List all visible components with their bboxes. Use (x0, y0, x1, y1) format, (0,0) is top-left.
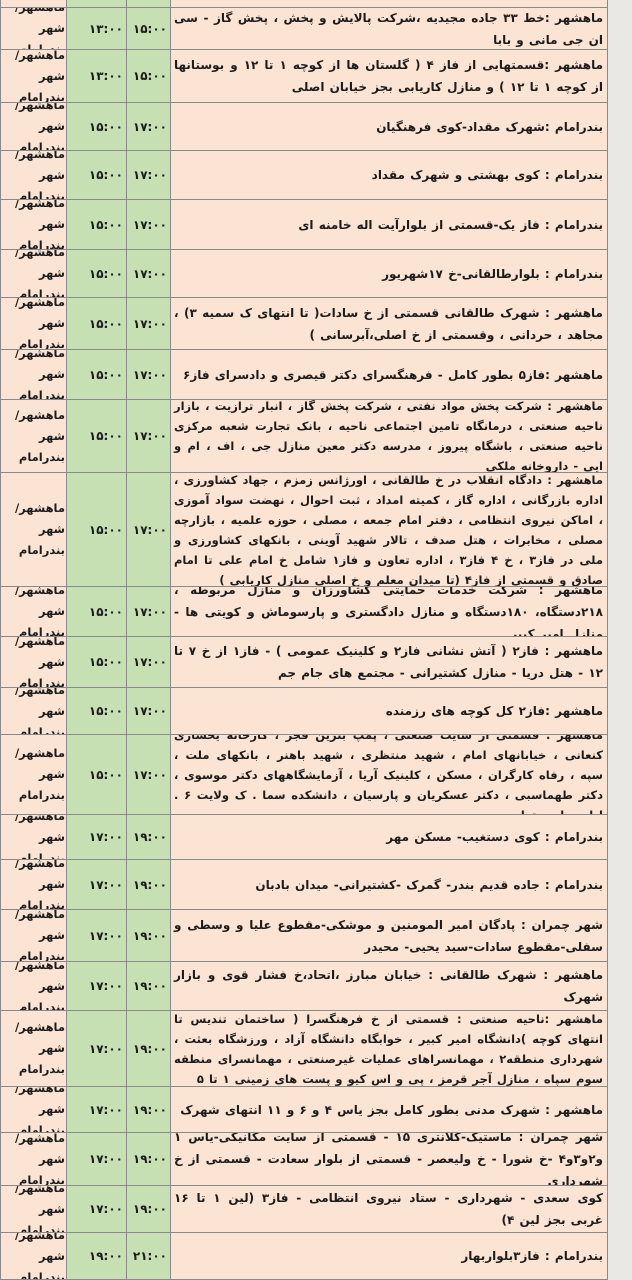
end-time-cell: ۱۷:۰۰ (126, 200, 170, 249)
city-cell: ماهشهر/شهر بندرامام (0, 473, 66, 586)
area-text: بندرامام : بلوارطالقانی-خ ۱۷شهریور (171, 262, 607, 286)
start-time-cell: ۱۵:۰۰ (66, 735, 126, 814)
city-cell: ماهشهر/شهر بندرامام (0, 1186, 66, 1232)
end-time-text: ۱۹:۰۰ (127, 830, 170, 844)
city-cell: ماهشهر/شهر بندرامام (0, 910, 66, 961)
start-time-cell: ۱۵:۰۰ (66, 350, 126, 399)
end-time-cell: ۲۱:۰۰ (126, 1233, 170, 1279)
city-text: ماهشهر/شهر بندرامام (1, 50, 66, 102)
end-time-text: ۱۷:۰۰ (127, 218, 170, 232)
area-text: بندرامام :شهرک مقداد-کوی فرهنگیان (171, 115, 607, 139)
area-text: ماهشهر : فاز۲ ( آتش نشانی فاز۲ و کلینیک … (171, 639, 607, 685)
city-cell: ماهشهر/شهر بندرامام (0, 8, 66, 49)
start-time-cell: ۱۹:۰۰ (66, 1233, 126, 1279)
end-time-text: ۱۷:۰۰ (127, 704, 170, 718)
end-time-text: ۱۷:۰۰ (127, 120, 170, 134)
table-row: ماهشهر :قسمتهایی از فاز ۴ ( گلستان ها از… (0, 50, 607, 103)
city-cell: ماهشهر/شهر بندرامام (0, 400, 66, 472)
city-cell: ماهشهر/شهر بندرامام (0, 1087, 66, 1132)
area-text: ماهشهر :فاز۵ بطور کامل - فرهنگسرای دکتر … (171, 363, 607, 387)
start-time-cell (66, 0, 126, 7)
table-row: ماهشهر :خط ۳۳ جاده مجیدیه ،شرکت پالایش و… (0, 8, 607, 50)
start-time-cell: ۱۷:۰۰ (66, 1133, 126, 1185)
end-time-text: ۱۵:۰۰ (127, 22, 170, 36)
end-time-cell: ۱۹:۰۰ (126, 1186, 170, 1232)
area-cell: ماهشهر : فاز۲ ( آتش نشانی فاز۲ و کلینیک … (170, 637, 607, 687)
area-cell: ماهشهر :ناحیه صنعتی : قسمتی از خ فرهنگسر… (170, 1011, 607, 1086)
end-time-cell: ۱۷:۰۰ (126, 298, 170, 349)
start-time-cell: ۱۷:۰۰ (66, 1087, 126, 1132)
area-cell: ماهشهر : شهرک طالقانی : خیابان مبارز ،ات… (170, 962, 607, 1010)
end-time-text: ۱۹:۰۰ (127, 1042, 170, 1056)
city-text: ماهشهر/شهر بندرامام (1, 743, 66, 806)
start-time-cell: ۱۷:۰۰ (66, 910, 126, 961)
start-time-text: ۱۵:۰۰ (67, 704, 126, 718)
start-time-text: ۱۵:۰۰ (67, 429, 126, 443)
city-text: ماهشهر/شهر بندرامام (1, 1017, 66, 1080)
area-cell: بندرامام : کوی دستغیب- مسکن مهر (170, 815, 607, 859)
start-time-text: ۱۵:۰۰ (67, 120, 126, 134)
start-time-text: ۱۵:۰۰ (67, 267, 126, 281)
area-cell: بندرامام : فاز یک-قسمتی از بلوارآیت اله … (170, 200, 607, 249)
area-text: بندرامام : جاده قدیم بندر- گمرک -کشتیران… (171, 873, 607, 897)
city-text: ماهشهر/شهر بندرامام (1, 498, 66, 561)
city-cell: ماهشهر/شهر بندرامام (0, 637, 66, 687)
city-cell: ماهشهر/شهر بندرامام (0, 815, 66, 859)
city-text: ماهشهر/شهر بندرامام (1, 8, 66, 49)
table-row: ماهشهر : دادگاه انقلاب در خ طالقانی ، او… (0, 473, 607, 587)
city-text: ماهشهر/شهر بندرامام (1, 587, 66, 636)
area-cell: شهر چمران : پادگان امیر المومنین و موشکی… (170, 910, 607, 961)
city-text: ماهشهر/شهر بندرامام (1, 688, 66, 734)
city-text: ماهشهر/شهر بندرامام (1, 1186, 66, 1232)
start-time-text: ۱۵:۰۰ (67, 168, 126, 182)
end-time-cell: ۱۵:۰۰ (126, 8, 170, 49)
end-time-text: ۱۷:۰۰ (127, 168, 170, 182)
start-time-text: ۱۷:۰۰ (67, 830, 126, 844)
end-time-cell: ۱۹:۰۰ (126, 1087, 170, 1132)
end-time-cell: ۱۵:۰۰ (126, 50, 170, 102)
city-cell: ماهشهر/شهر بندرامام (0, 688, 66, 734)
end-time-cell: ۱۹:۰۰ (126, 910, 170, 961)
start-time-text: ۱۷:۰۰ (67, 878, 126, 892)
area-text: بندرامام : فاز۳بلواربهار (171, 1244, 607, 1268)
city-text: ماهشهر/شهر بندرامام (1, 1233, 66, 1279)
table-row: ماهشهر : فاز۲ ( آتش نشانی فاز۲ و کلینیک … (0, 637, 607, 688)
city-cell: ماهشهر/شهر بندرامام (0, 587, 66, 636)
end-time-cell: ۱۷:۰۰ (126, 350, 170, 399)
area-cell: شهر چمران : ماستیک-کلانتری ۱۵ - قسمتی از… (170, 1133, 607, 1185)
start-time-cell: ۱۵:۰۰ (66, 400, 126, 472)
end-time-cell: ۱۷:۰۰ (126, 688, 170, 734)
end-time-text: ۱۷:۰۰ (127, 523, 170, 537)
city-text: ماهشهر/شهر بندرامام (1, 860, 66, 909)
table-row: ماهشهر : شهرک طالقانی قسمتی از خ سادات( … (0, 298, 607, 350)
end-time-cell: ۱۹:۰۰ (126, 860, 170, 909)
area-cell: ماهشهر :فاز۵ بطور کامل - فرهنگسرای دکتر … (170, 350, 607, 399)
end-time-text: ۱۷:۰۰ (127, 768, 170, 782)
area-cell (170, 0, 607, 7)
city-text: ماهشهر/شهر بندرامام (1, 103, 66, 150)
start-time-cell: ۱۷:۰۰ (66, 1011, 126, 1086)
start-time-text: ۱۵:۰۰ (67, 317, 126, 331)
start-time-cell: ۱۵:۰۰ (66, 688, 126, 734)
table-row: بندرامام : جاده قدیم بندر- گمرک -کشتیران… (0, 860, 607, 910)
table-row: شهر چمران : ماستیک-کلانتری ۱۵ - قسمتی از… (0, 1133, 607, 1186)
end-time-text: ۱۷:۰۰ (127, 605, 170, 619)
end-time-cell: ۱۹:۰۰ (126, 1011, 170, 1086)
start-time-cell: ۱۷:۰۰ (66, 860, 126, 909)
city-text: ماهشهر/شهر بندرامام (1, 815, 66, 859)
area-text: ماهشهر :قسمتهایی از فاز ۴ ( گلستان ها از… (171, 53, 607, 99)
end-time-cell: ۱۷:۰۰ (126, 735, 170, 814)
end-time-cell: ۱۹:۰۰ (126, 1133, 170, 1185)
area-cell: بندرامام :شهرک مقداد-کوی فرهنگیان (170, 103, 607, 150)
start-time-text: ۱۳:۰۰ (67, 22, 126, 36)
area-text: شهر چمران : پادگان امیر المومنین و موشکی… (171, 913, 607, 959)
city-cell: ماهشهر/شهر بندرامام (0, 860, 66, 909)
end-time-text: ۱۷:۰۰ (127, 429, 170, 443)
start-time-text: ۱۳:۰۰ (67, 69, 126, 83)
start-time-cell: ۱۵:۰۰ (66, 473, 126, 586)
city-text: ماهشهر/شهر بندرامام (1, 298, 66, 349)
start-time-cell: ۱۵:۰۰ (66, 250, 126, 297)
end-time-text: ۱۵:۰۰ (127, 69, 170, 83)
table-row: بندرامام : فاز یک-قسمتی از بلوارآیت اله … (0, 200, 607, 250)
table-row: بندرامام : فاز۳بلواربهار ۲۱:۰۰ ۱۹:۰۰ ماه… (0, 1233, 607, 1280)
city-text: ماهشهر/شهر بندرامام (1, 1133, 66, 1185)
end-time-text: ۱۹:۰۰ (127, 1202, 170, 1216)
city-text: ماهشهر/شهر بندرامام (1, 405, 66, 468)
end-time-cell: ۱۷:۰۰ (126, 103, 170, 150)
city-cell: ماهشهر/شهر بندرامام (0, 1233, 66, 1279)
start-time-text: ۱۵:۰۰ (67, 768, 126, 782)
area-cell: ماهشهر : شهرک طالقانی قسمتی از خ سادات( … (170, 298, 607, 349)
table-row: بندرامام : کوی دستغیب- مسکن مهر ۱۹:۰۰ ۱۷… (0, 815, 607, 860)
start-time-text: ۱۵:۰۰ (67, 218, 126, 232)
end-time-cell: ۱۹:۰۰ (126, 815, 170, 859)
end-time-text: ۱۹:۰۰ (127, 1152, 170, 1166)
end-time-text: ۱۹:۰۰ (127, 1103, 170, 1117)
city-cell: ماهشهر/شهر بندرامام (0, 151, 66, 199)
start-time-cell: ۱۵:۰۰ (66, 103, 126, 150)
start-time-cell: ۱۵:۰۰ (66, 637, 126, 687)
table-row: ماهشهر :فاز۲ کل کوچه های رزمنده ۱۷:۰۰ ۱۵… (0, 688, 607, 735)
table-row: ماهشهر : قسمتی از سایت صنعتی ، پمپ بنزین… (0, 735, 607, 815)
table-row: ماهشهر :فاز۵ بطور کامل - فرهنگسرای دکتر … (0, 350, 607, 400)
city-cell: ماهشهر/شهر بندرامام (0, 298, 66, 349)
area-text: ماهشهر :فاز۲ کل کوچه های رزمنده (171, 699, 607, 723)
area-text: ماهشهر :خط ۳۳ جاده مجیدیه ،شرکت پالایش و… (171, 8, 607, 49)
start-time-text: ۱۵:۰۰ (67, 655, 126, 669)
end-time-text: ۲۱:۰۰ (127, 1249, 170, 1263)
end-time-cell: ۱۷:۰۰ (126, 587, 170, 636)
end-time-text: ۱۹:۰۰ (127, 929, 170, 943)
area-text: ماهشهر : شهرک طالقانی : خیابان مبارز ،ات… (171, 963, 607, 1009)
area-cell: بندرامام : بلوارطالقانی-خ ۱۷شهریور (170, 250, 607, 297)
table-row: ماهشهر :ناحیه صنعتی : قسمتی از خ فرهنگسر… (0, 1011, 607, 1087)
start-time-text: ۱۷:۰۰ (67, 1152, 126, 1166)
table-row: ماهشهر : شرکت خدمات حمایتی کشاورزان و من… (0, 587, 607, 637)
start-time-cell: ۱۳:۰۰ (66, 50, 126, 102)
table-row: بندرامام :شهرک مقداد-کوی فرهنگیان ۱۷:۰۰ … (0, 103, 607, 151)
start-time-text: ۱۷:۰۰ (67, 979, 126, 993)
area-cell: ماهشهر :فاز۲ کل کوچه های رزمنده (170, 688, 607, 734)
area-text: ماهشهر : شهرک طالقانی قسمتی از خ سادات( … (171, 301, 607, 347)
start-time-text: ۱۹:۰۰ (67, 1249, 126, 1263)
table-row: ماهشهر : شهرک مدنی بطور کامل بجز یاس ۴ و… (0, 1087, 607, 1133)
end-time-cell: ۱۷:۰۰ (126, 473, 170, 586)
city-cell: ماهشهر/شهر بندرامام (0, 735, 66, 814)
area-text: کوی سعدی - شهرداری - ستاد نیروی انتظامی … (171, 1186, 607, 1232)
outage-schedule-table: ماهشهر :خط ۳۳ جاده مجیدیه ،شرکت پالایش و… (0, 0, 608, 1280)
area-cell: ماهشهر : شرکت پخش مواد نفتی ، شرکت پخش گ… (170, 400, 607, 472)
city-cell: ماهشهر/شهر بندرامام (0, 962, 66, 1010)
start-time-text: ۱۵:۰۰ (67, 368, 126, 382)
partial-row-top (0, 0, 607, 8)
area-cell: بندرامام : فاز۳بلواربهار (170, 1233, 607, 1279)
table-row: ماهشهر : شرکت پخش مواد نفتی ، شرکت پخش گ… (0, 400, 607, 473)
end-time-text: ۱۷:۰۰ (127, 267, 170, 281)
start-time-cell: ۱۵:۰۰ (66, 151, 126, 199)
city-text: ماهشهر/شهر بندرامام (1, 962, 66, 1010)
city-cell: ماهشهر/شهر بندرامام (0, 250, 66, 297)
start-time-cell: ۱۷:۰۰ (66, 815, 126, 859)
area-text: بندرامام : فاز یک-قسمتی از بلوارآیت اله … (171, 213, 607, 237)
city-text: ماهشهر/شهر بندرامام (1, 910, 66, 961)
end-time-cell: ۱۷:۰۰ (126, 250, 170, 297)
start-time-cell: ۱۳:۰۰ (66, 8, 126, 49)
area-text: ماهشهر : قسمتی از سایت صنعتی ، پمپ بنزین… (171, 735, 607, 814)
end-time-cell: ۱۷:۰۰ (126, 637, 170, 687)
end-time-text: ۱۹:۰۰ (127, 979, 170, 993)
area-cell: ماهشهر :خط ۳۳ جاده مجیدیه ،شرکت پالایش و… (170, 8, 607, 49)
table-row: کوی سعدی - شهرداری - ستاد نیروی انتظامی … (0, 1186, 607, 1233)
area-cell: بندرامام : کوی بهشتی و شهرک مقداد (170, 151, 607, 199)
area-cell: ماهشهر : شرکت خدمات حمایتی کشاورزان و من… (170, 587, 607, 636)
area-cell: بندرامام : جاده قدیم بندر- گمرک -کشتیران… (170, 860, 607, 909)
end-time-text: ۱۷:۰۰ (127, 368, 170, 382)
start-time-text: ۱۷:۰۰ (67, 1202, 126, 1216)
city-cell: ماهشهر/شهر بندرامام (0, 1011, 66, 1086)
city-cell: ماهشهر/شهر بندرامام (0, 350, 66, 399)
city-text: ماهشهر/شهر بندرامام (1, 250, 66, 297)
table-row: بندرامام : کوی بهشتی و شهرک مقداد ۱۷:۰۰ … (0, 151, 607, 200)
table-row: ماهشهر : شهرک طالقانی : خیابان مبارز ،ات… (0, 962, 607, 1011)
city-text: ماهشهر/شهر بندرامام (1, 1087, 66, 1132)
area-text: ماهشهر : شرکت پخش مواد نفتی ، شرکت پخش گ… (171, 400, 607, 472)
end-time-cell: ۱۷:۰۰ (126, 400, 170, 472)
city-text: ماهشهر/شهر بندرامام (1, 637, 66, 687)
area-cell: ماهشهر :قسمتهایی از فاز ۴ ( گلستان ها از… (170, 50, 607, 102)
area-text: ماهشهر : شرکت خدمات حمایتی کشاورزان و من… (171, 587, 607, 636)
area-text: ماهشهر : دادگاه انقلاب در خ طالقانی ، او… (171, 473, 607, 586)
table-row: شهر چمران : پادگان امیر المومنین و موشکی… (0, 910, 607, 962)
area-cell: کوی سعدی - شهرداری - ستاد نیروی انتظامی … (170, 1186, 607, 1232)
right-gutter (608, 0, 632, 1280)
area-text: ماهشهر : شهرک مدنی بطور کامل بجز یاس ۴ و… (171, 1098, 607, 1122)
area-cell: ماهشهر : شهرک مدنی بطور کامل بجز یاس ۴ و… (170, 1087, 607, 1132)
city-cell: ماهشهر/شهر بندرامام (0, 200, 66, 249)
start-time-text: ۱۷:۰۰ (67, 1042, 126, 1056)
area-text: شهر چمران : ماستیک-کلانتری ۱۵ - قسمتی از… (171, 1133, 607, 1185)
end-time-cell: ۱۹:۰۰ (126, 962, 170, 1010)
start-time-cell: ۱۷:۰۰ (66, 962, 126, 1010)
area-cell: ماهشهر : قسمتی از سایت صنعتی ، پمپ بنزین… (170, 735, 607, 814)
start-time-text: ۱۷:۰۰ (67, 929, 126, 943)
end-time-text: ۱۷:۰۰ (127, 655, 170, 669)
area-text: بندرامام : کوی بهشتی و شهرک مقداد (171, 163, 607, 187)
table-row: بندرامام : بلوارطالقانی-خ ۱۷شهریور ۱۷:۰۰… (0, 250, 607, 298)
city-text: ماهشهر/شهر بندرامام (1, 350, 66, 399)
city-cell: ماهشهر/شهر بندرامام (0, 1133, 66, 1185)
area-text: ماهشهر :ناحیه صنعتی : قسمتی از خ فرهنگسر… (171, 1011, 607, 1086)
city-cell: ماهشهر/شهر بندرامام (0, 103, 66, 150)
start-time-text: ۱۵:۰۰ (67, 605, 126, 619)
start-time-cell: ۱۵:۰۰ (66, 298, 126, 349)
city-cell (0, 0, 66, 7)
start-time-cell: ۱۷:۰۰ (66, 1186, 126, 1232)
area-cell: ماهشهر : دادگاه انقلاب در خ طالقانی ، او… (170, 473, 607, 586)
screenshot-stage: ماهشهر :خط ۳۳ جاده مجیدیه ،شرکت پالایش و… (0, 0, 632, 1280)
end-time-cell (126, 0, 170, 7)
start-time-cell: ۱۵:۰۰ (66, 200, 126, 249)
end-time-text: ۱۷:۰۰ (127, 317, 170, 331)
end-time-text: ۱۹:۰۰ (127, 878, 170, 892)
area-text: بندرامام : کوی دستغیب- مسکن مهر (171, 825, 607, 849)
end-time-cell: ۱۷:۰۰ (126, 151, 170, 199)
city-text: ماهشهر/شهر بندرامام (1, 151, 66, 199)
start-time-text: ۱۵:۰۰ (67, 523, 126, 537)
city-cell: ماهشهر/شهر بندرامام (0, 50, 66, 102)
start-time-cell: ۱۵:۰۰ (66, 587, 126, 636)
start-time-text: ۱۷:۰۰ (67, 1103, 126, 1117)
city-text: ماهشهر/شهر بندرامام (1, 200, 66, 249)
